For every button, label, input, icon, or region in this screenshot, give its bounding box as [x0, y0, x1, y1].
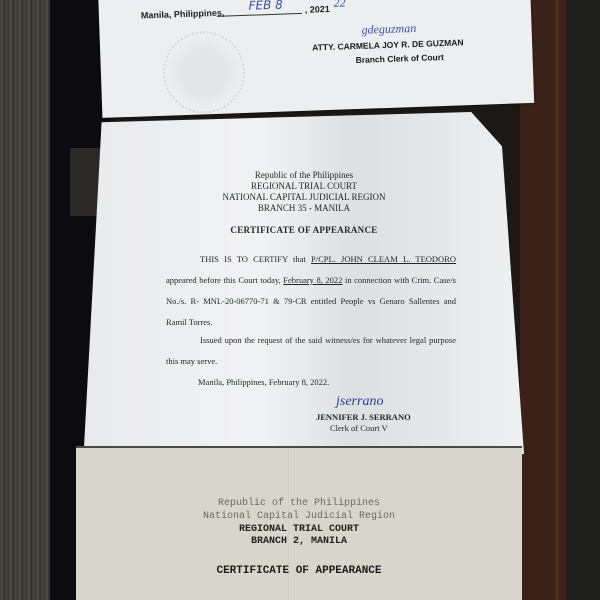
signatory-title: Clerk of Court V — [330, 423, 388, 433]
embossed-seal-icon — [162, 30, 247, 115]
dark-background-right — [566, 0, 600, 600]
header-region: National Capital Judicial Region — [76, 511, 522, 523]
certification-paragraph: THIS IS TO CERTIFY that P/CPL. JOHN CLEA… — [166, 249, 456, 333]
certificate-title: CERTIFICATE OF APPEARANCE — [84, 225, 524, 235]
handwritten-date: FEB 8 — [248, 0, 283, 13]
header-court: REGIONAL TRIAL COURT — [84, 181, 524, 192]
issue-place-date: Manila, Philippines, February 8, 2022. — [198, 372, 488, 393]
signatory-name: JENNIFER J. SERRANO — [316, 412, 411, 422]
witness-name: P/CPL. JOHN CLEAM L. TEODORO — [311, 254, 456, 264]
printed-year: , 2021 — [305, 4, 330, 15]
signature: jserrano — [336, 394, 383, 410]
middle-document: Republic of the Philippines REGIONAL TRI… — [84, 112, 524, 454]
date-blank-line — [217, 13, 302, 17]
header-republic: Republic of the Philippines — [84, 170, 524, 181]
signatory-title: Branch Clerk of Court — [355, 52, 444, 65]
signatory-name: ATTY. CARMELA JOY R. DE GUZMAN — [312, 37, 464, 52]
header-branch: BRANCH 35 - MANILA — [84, 203, 524, 214]
top-document: Manila, Philippines, FEB 8 , 2021 22 gde… — [98, 0, 534, 118]
certificate-title: CERTIFICATE OF APPEARANCE — [76, 565, 522, 577]
place-label: Manila, Philippines, — [141, 8, 225, 21]
header-court: REGIONAL TRIAL COURT — [76, 524, 522, 536]
header-region: NATIONAL CAPITAL JUDICIAL REGION — [84, 192, 524, 203]
signature: gdeguzman — [361, 21, 416, 38]
handwritten-year-correction: 22 — [333, 0, 346, 11]
purpose-paragraph: Issued upon the request of the said witn… — [166, 330, 456, 372]
bottom-document: Republic of the Philippines National Cap… — [76, 446, 522, 600]
p1-prefix: THIS IS TO CERTIFY that — [200, 254, 311, 264]
appearance-date: February 8, 2022 — [283, 275, 342, 285]
header-republic: Republic of the Philippines — [76, 498, 522, 510]
wood-edge — [555, 0, 559, 600]
header-branch: BRANCH 2, MANILA — [76, 536, 522, 548]
p1-mid: appeared before this Court today, — [166, 275, 283, 285]
